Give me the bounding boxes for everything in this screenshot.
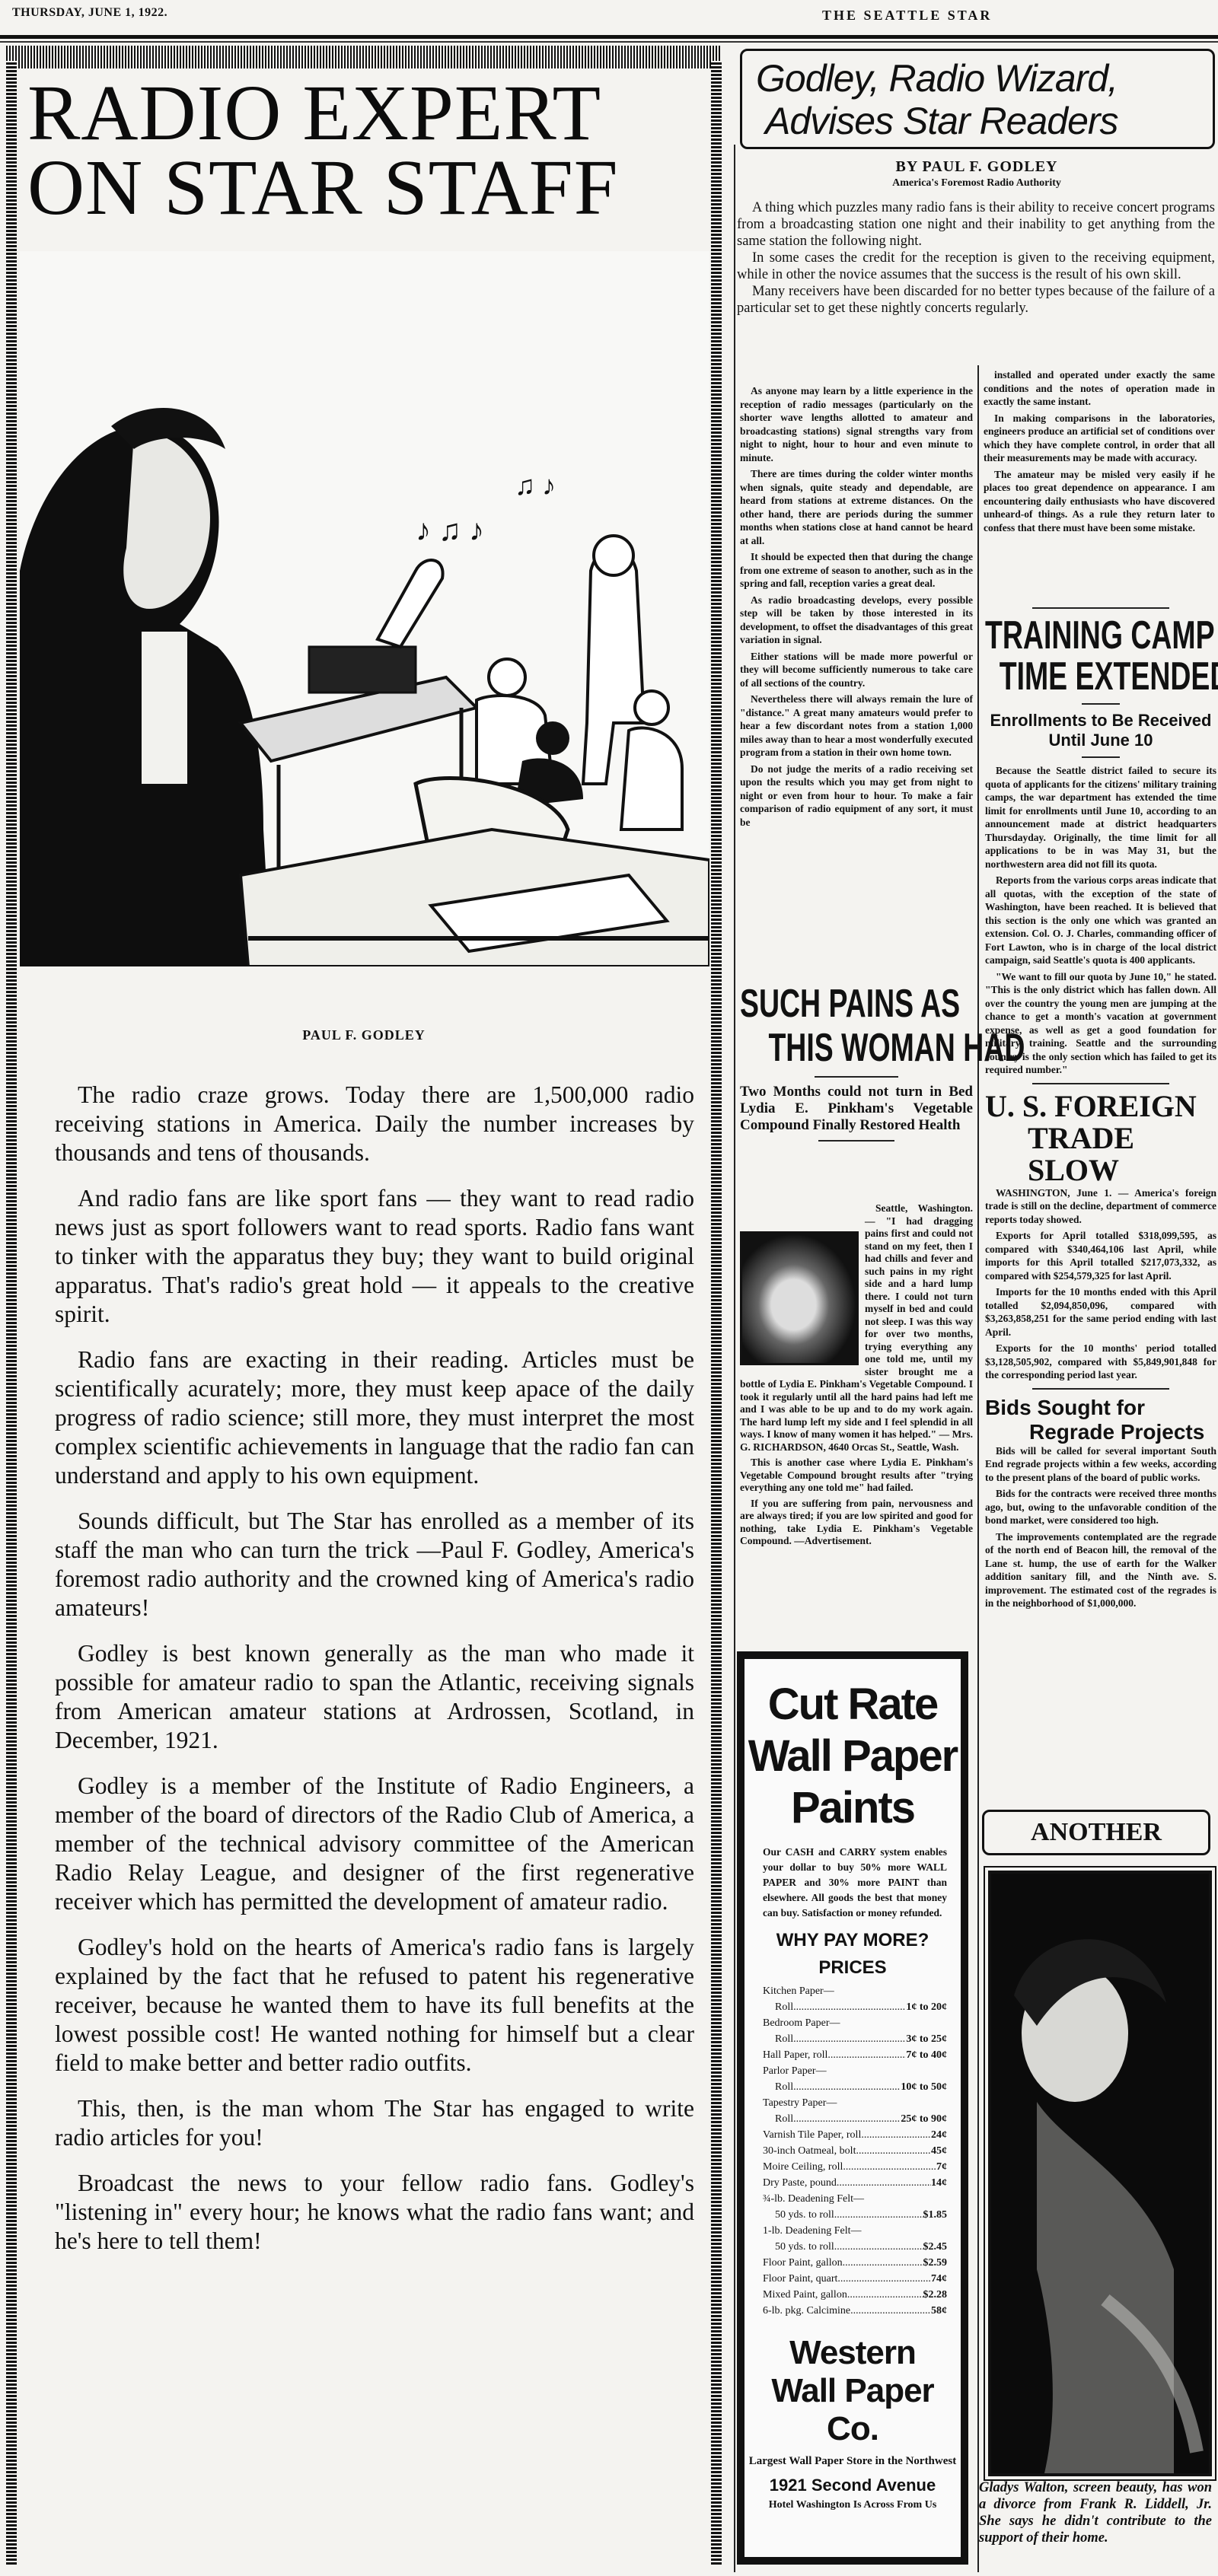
paragraph: There are times during the colder winter… <box>740 467 973 547</box>
headline-line-2: Advises Star Readers <box>765 100 1118 142</box>
company-name: Western Wall Paper Co. <box>745 2334 961 2448</box>
price-value: $2.45 <box>923 2239 948 2255</box>
price-item-name: Moire Ceiling, roll <box>763 2159 843 2175</box>
ad-headline-line-2: Wall Paper <box>745 1731 961 1782</box>
price-value: $1.85 <box>923 2207 948 2223</box>
masthead: THURSDAY, JUNE 1, 1922. THE SEATTLE STAR <box>0 0 1218 39</box>
paragraph: In making comparisons in the laboratorie… <box>984 412 1215 465</box>
column-divider <box>977 365 979 2572</box>
paragraph: installed and operated under exactly the… <box>984 368 1215 409</box>
price-value: 45¢ <box>931 2143 947 2159</box>
divider <box>818 1140 894 1142</box>
price-item: 1-lb. Deadening Felt— 50 yds. to roll$2.… <box>763 2223 947 2255</box>
ad-intro: Our CASH and CARRY system enables your d… <box>763 1845 947 1921</box>
price-item: 6-lb. pkg. Calcimine58¢ <box>763 2303 947 2319</box>
prices-title: PRICES <box>745 1957 961 1979</box>
price-item-name: Parlor Paper— <box>763 2063 947 2079</box>
price-item-name: Floor Paint, gallon <box>763 2255 843 2271</box>
paragraph: And radio fans are like sport fans — the… <box>55 1184 694 1329</box>
price-item: Floor Paint, gallon$2.59 <box>763 2255 947 2271</box>
paragraph: The improvements contemplated are the re… <box>985 1530 1216 1610</box>
headline-line-2: TRADE SLOW <box>985 1122 1216 1186</box>
godley-column-1: As anyone may learn by a little experien… <box>740 384 973 832</box>
price-item-unit: Roll <box>775 2079 793 2095</box>
decorative-border-right <box>711 61 722 2565</box>
byline: BY PAUL F. GODLEY America's Foremost Rad… <box>737 158 1216 189</box>
price-item-name: Floor Paint, quart <box>763 2271 837 2287</box>
ad-headline-line-3: Paints <box>745 1782 961 1834</box>
price-value: 58¢ <box>931 2303 947 2319</box>
story-body: Bids will be called for several importan… <box>985 1444 1216 1610</box>
godley-column-2: installed and operated under exactly the… <box>984 368 1215 537</box>
price-value: 1¢ to 20¢ <box>906 1999 947 2015</box>
price-value: 25¢ to 90¢ <box>901 2111 947 2127</box>
pinkham-ad: SUCH PAINS AS THIS WOMAN HAD Two Months … <box>740 982 973 1148</box>
company-tagline: Largest Wall Paper Store in the Northwes… <box>745 2454 961 2468</box>
price-value: 3¢ to 25¢ <box>906 2031 947 2047</box>
price-item-name: 6-lb. pkg. Calcimine <box>763 2303 850 2319</box>
price-item: 30-inch Oatmeal, bolt45¢ <box>763 2143 947 2159</box>
paragraph: Godley is a member of the Institute of R… <box>55 1772 694 1916</box>
headline-line-2: Regrade Projects <box>985 1420 1216 1444</box>
price-value: 7¢ <box>936 2159 947 2175</box>
price-value: 14¢ <box>931 2175 947 2191</box>
price-value: 7¢ to 40¢ <box>906 2047 947 2063</box>
paragraph: Either stations will be made more powerf… <box>740 650 973 690</box>
price-item: Dry Paste, pound14¢ <box>763 2175 947 2191</box>
pinkham-ad-body: Seattle, Washington. — "I had dragging p… <box>740 1202 973 1551</box>
divider <box>1082 703 1120 705</box>
paragraph: It should be expected then that during t… <box>740 550 973 591</box>
paragraph: Radio fans are exacting in their reading… <box>55 1345 694 1490</box>
paragraph: This, then, is the man whom The Star has… <box>55 2094 694 2152</box>
headline-line-2: ON STAR STAFF <box>27 151 705 225</box>
price-item-name: 1-lb. Deadening Felt— <box>763 2223 947 2239</box>
ad-headline-line-2: THIS WOMAN HAD <box>740 1026 907 1070</box>
paragraph: This is another case where Lydia E. Pink… <box>740 1457 973 1495</box>
paragraph: As anyone may learn by a little experien… <box>740 384 973 464</box>
price-value: $2.59 <box>923 2255 948 2271</box>
price-list: Kitchen Paper— Roll1¢ to 20¢ Bedroom Pap… <box>763 1983 947 2319</box>
price-item-name: ¾-lb. Deadening Felt— <box>763 2191 947 2207</box>
price-item-unit: Roll <box>775 2031 793 2047</box>
price-item-name: Hall Paper, roll <box>763 2047 827 2063</box>
price-item: Bedroom Paper— Roll3¢ to 25¢ <box>763 2015 947 2047</box>
paragraph: Exports for the 10 months' period totall… <box>985 1342 1216 1382</box>
price-item: Tapestry Paper— Roll25¢ to 90¢ <box>763 2095 947 2127</box>
price-item-name: Dry Paste, pound <box>763 2175 837 2191</box>
regrade-story: Bids Sought for Regrade Projects Bids wi… <box>985 1396 1216 1610</box>
another-label-box: ANOTHER <box>982 1810 1210 1855</box>
divider <box>1082 756 1120 758</box>
paragraph: The radio craze grows. Today there are 1… <box>55 1081 694 1167</box>
portrait-icon <box>991 1874 1209 2473</box>
headline-line-2: TIME EXTENDED <box>985 656 1152 697</box>
svg-text:♪ ♫ ♪: ♪ ♫ ♪ <box>416 513 484 547</box>
price-item-unit: Roll <box>775 2111 793 2127</box>
paragraph: Bids will be called for several importan… <box>985 1444 1216 1485</box>
paragraph: Bids for the contracts were received thr… <box>985 1487 1216 1527</box>
price-item: Hall Paper, roll7¢ to 40¢ <box>763 2047 947 2063</box>
main-headline: RADIO EXPERT ON STAR STAFF <box>27 76 705 225</box>
headline-line-1: TRAINING CAMP <box>985 615 1152 656</box>
ad-subhead: Two Months could not turn in Bed Lydia E… <box>740 1084 973 1134</box>
paragraph: Exports for April totalled $318,099,595,… <box>985 1229 1216 1282</box>
divider <box>1032 1388 1169 1390</box>
price-item-name: Varnish Tile Paper, roll <box>763 2127 861 2143</box>
price-item-name: Bedroom Paper— <box>763 2015 947 2031</box>
subhead: Enrollments to Be Received Until June 10 <box>985 711 1216 750</box>
issue-date: THURSDAY, JUNE 1, 1922. <box>12 6 167 20</box>
paragraph: WASHINGTON, June 1. — America's foreign … <box>985 1186 1216 1227</box>
godley-illustration: ♪ ♫ ♪ ♫ ♪ <box>20 251 709 966</box>
paragraph: Godley's hold on the hearts of America's… <box>55 1933 694 2078</box>
paragraph: Imports for the 10 months ended with thi… <box>985 1285 1216 1339</box>
company-address: 1921 Second Avenue <box>745 2476 961 2495</box>
ad-headline-line-1: Cut Rate <box>745 1679 961 1731</box>
price-item-name: Tapestry Paper— <box>763 2095 947 2111</box>
headline-line-1: RADIO EXPERT <box>27 76 705 151</box>
paragraph: The amateur may be misled very easily if… <box>984 468 1215 535</box>
price-item-name: 30-inch Oatmeal, bolt <box>763 2143 856 2159</box>
price-item: Mixed Paint, gallon$2.28 <box>763 2287 947 2303</box>
ad-headline-line-1: SUCH PAINS AS <box>740 982 907 1026</box>
training-camp-story: TRAINING CAMP TIME EXTENDED Enrollments … <box>985 601 1216 1613</box>
radio-scene-icon: ♪ ♫ ♪ ♫ ♪ <box>20 251 709 966</box>
price-item: Varnish Tile Paper, roll24¢ <box>763 2127 947 2143</box>
paragraph: Sounds difficult, but The Star has enrol… <box>55 1507 694 1622</box>
main-story: RADIO EXPERT ON STAR STAFF ♪ ♫ ♪ ♫ ♪ <box>6 46 728 2568</box>
divider <box>1032 1083 1169 1084</box>
divider <box>1032 607 1169 609</box>
paragraph: Broadcast the news to your fellow radio … <box>55 2169 694 2256</box>
paragraph: Do not judge the merits of a radio recei… <box>740 763 973 829</box>
svg-text:♫ ♪: ♫ ♪ <box>515 470 556 501</box>
price-item: Kitchen Paper— Roll1¢ to 20¢ <box>763 1983 947 2015</box>
company-name-line-2: Wall Paper Co. <box>745 2372 961 2448</box>
price-value: 10¢ to 50¢ <box>901 2079 947 2095</box>
paragraph: Godley is best known generally as the ma… <box>55 1639 694 1755</box>
paragraph: In some cases the credit for the recepti… <box>737 250 1215 283</box>
paragraph: If you are suffering from pain, nervousn… <box>740 1498 973 1548</box>
godley-intro: A thing which puzzles many radio fans is… <box>737 199 1215 317</box>
story-body: WASHINGTON, June 1. — America's foreign … <box>985 1186 1216 1382</box>
company-name-line-1: Western <box>745 2334 961 2372</box>
headline-line-1: U. S. FOREIGN <box>985 1091 1216 1122</box>
price-value: $2.28 <box>923 2287 948 2303</box>
price-item: ¾-lb. Deadening Felt— 50 yds. to roll$1.… <box>763 2191 947 2223</box>
woman-portrait <box>740 1231 859 1365</box>
gladys-walton-photo <box>988 1871 1212 2476</box>
headline-line-1: Godley, Radio Wizard, <box>756 57 1118 100</box>
photo-caption: Gladys Walton, screen beauty, has won a … <box>979 2479 1212 2546</box>
price-item: Moire Ceiling, roll7¢ <box>763 2159 947 2175</box>
ad-slogan: WHY PAY MORE? <box>745 1930 961 1951</box>
wallpaper-ad: Cut Rate Wall Paper Paints Our CASH and … <box>737 1651 968 2565</box>
decorative-border-left <box>6 61 17 2565</box>
main-story-body: The radio craze grows. Today there are 1… <box>55 1081 694 2272</box>
newspaper-name: THE SEATTLE STAR <box>822 8 992 24</box>
column-divider <box>734 145 735 2572</box>
divider <box>815 1076 898 1078</box>
masthead-rule <box>0 41 1218 43</box>
paragraph: A thing which puzzles many radio fans is… <box>737 199 1215 250</box>
price-item: Parlor Paper— Roll10¢ to 50¢ <box>763 2063 947 2095</box>
paragraph: Many receivers have been discarded for n… <box>737 283 1215 317</box>
company-landmark: Hotel Washington Is Across From Us <box>745 2498 961 2511</box>
byline-name: BY PAUL F. GODLEY <box>737 158 1216 176</box>
decorative-border-top <box>6 46 722 68</box>
price-item-unit: 50 yds. to roll <box>775 2239 834 2255</box>
paragraph: Because the Seattle district failed to s… <box>985 764 1216 871</box>
foreign-trade-story: U. S. FOREIGN TRADE SLOW WASHINGTON, Jun… <box>985 1091 1216 1382</box>
byline-title: America's Foremost Radio Authority <box>737 177 1216 189</box>
paragraph: Reports from the various corps areas ind… <box>985 874 1216 967</box>
paragraph: As radio broadcasting develops, every po… <box>740 594 973 647</box>
price-item-name: Mixed Paint, gallon <box>763 2287 847 2303</box>
paragraph: Nevertheless there will always remain th… <box>740 693 973 759</box>
photo-caption: PAUL F. GODLEY <box>17 1027 711 1043</box>
headline-line-1: Bids Sought for <box>985 1396 1216 1420</box>
price-item-name: Kitchen Paper— <box>763 1983 947 1999</box>
price-item-unit: 50 yds. to roll <box>775 2207 834 2223</box>
godley-headline-box: Godley, Radio Wizard, Advises Star Reade… <box>740 49 1215 149</box>
price-value: 24¢ <box>931 2127 947 2143</box>
price-item: Floor Paint, quart74¢ <box>763 2271 947 2287</box>
price-item-unit: Roll <box>775 1999 793 2015</box>
price-value: 74¢ <box>931 2271 947 2287</box>
